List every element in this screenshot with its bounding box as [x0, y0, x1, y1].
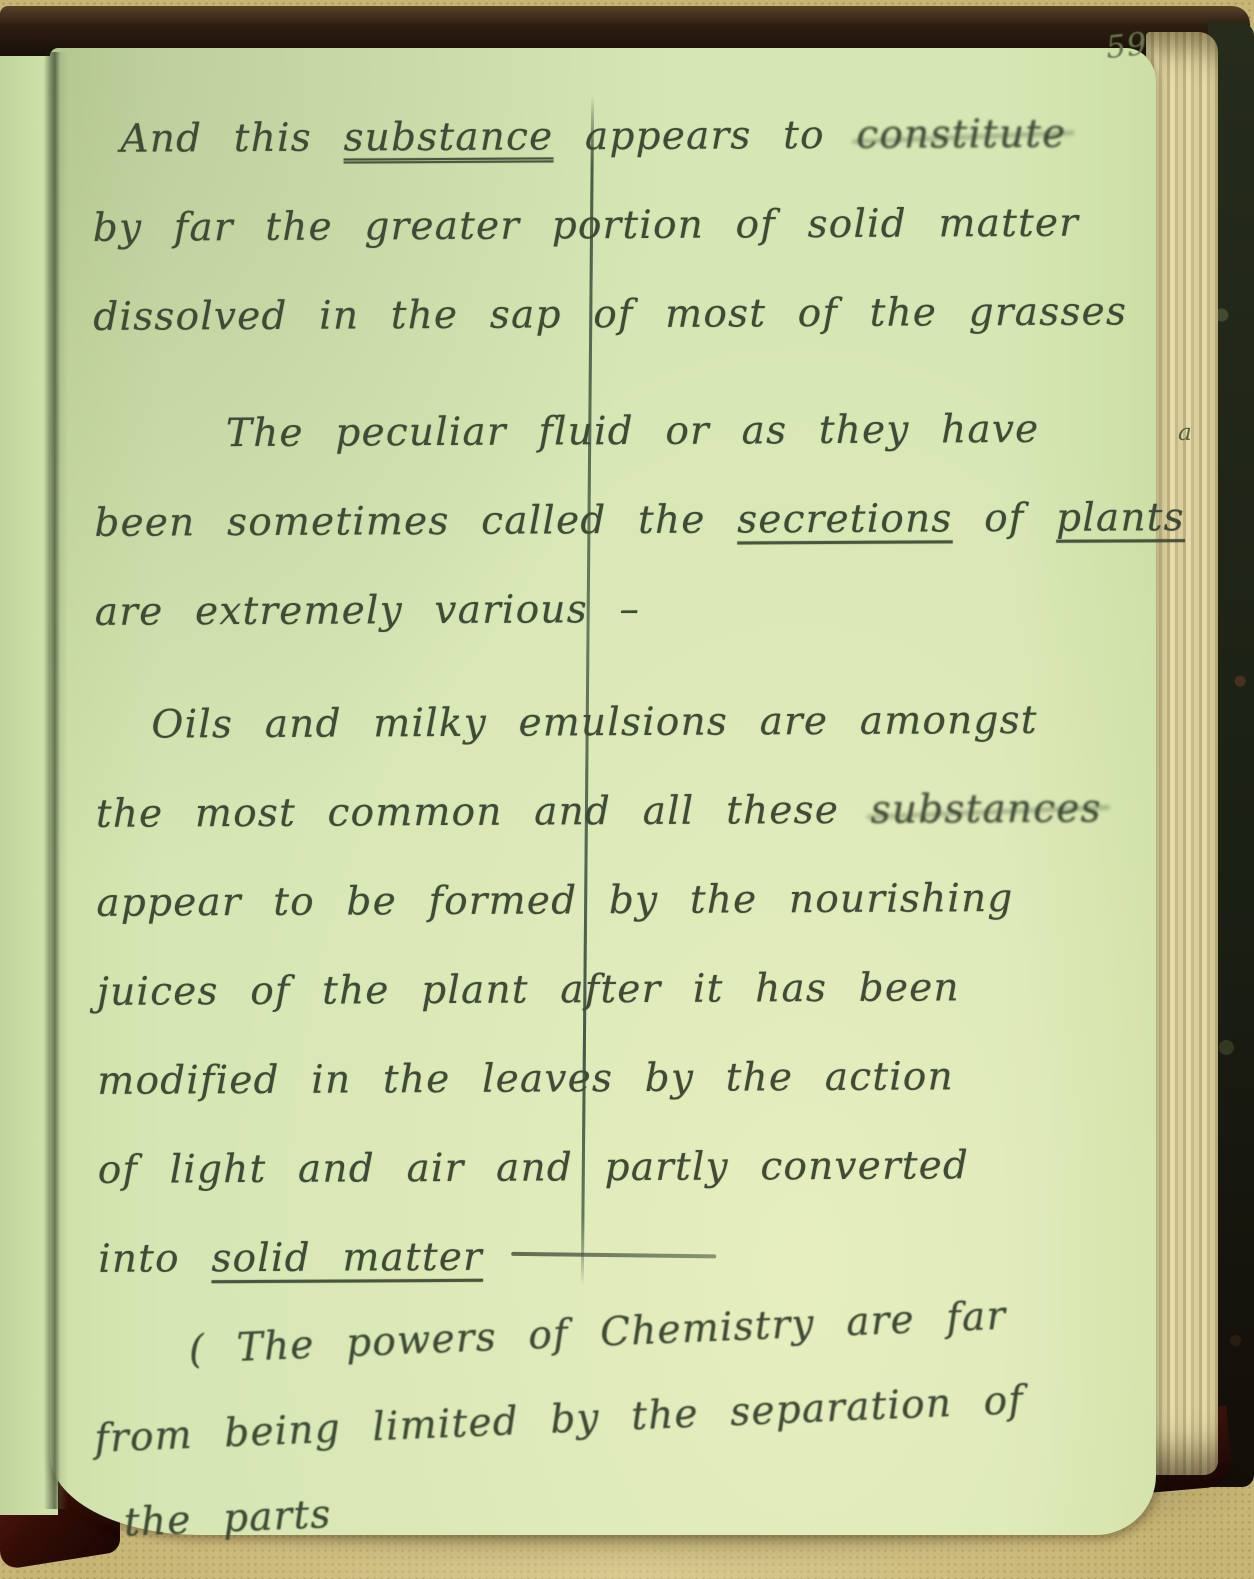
binding-gutter — [44, 52, 68, 1509]
manuscript-line: of light and air and partly converted — [98, 1120, 1178, 1215]
manuscript-line: And this substance appears to constitute — [92, 89, 1172, 184]
text-segment: of — [952, 496, 1056, 542]
text-segment: the parts — [123, 1492, 332, 1546]
paragraph: ( The powers of Chemistry are farfrom be… — [89, 1267, 1179, 1567]
text-segment: the most common and all these — [96, 788, 871, 837]
text-segment: Oils and milky emulsions are amongst — [151, 698, 1037, 748]
manuscript-line: dissolved in the sap of most of the gras… — [93, 267, 1173, 362]
text-segment: of light and air and partly converted — [98, 1143, 970, 1193]
text-segment: substance — [343, 114, 553, 160]
text-segment: The peculiar fluid or as they have — [226, 407, 1040, 456]
manuscript-line: Oils and milky emulsions are amongst — [95, 675, 1175, 770]
text-segment: secretions — [737, 496, 953, 542]
manuscript-line: the most common and all these substances — [96, 764, 1176, 859]
page-number: 59 — [1104, 26, 1149, 66]
text-segment: And this — [120, 116, 343, 162]
text-segment: dissolved in the sap of most of the gras… — [93, 289, 1127, 339]
text-segment: ( The powers of Chemistry are far — [188, 1294, 1007, 1373]
text-segment: appear to be formed by the nourishing — [96, 876, 1013, 926]
paragraph: Oils and milky emulsions are amongstthe … — [95, 675, 1178, 1304]
manuscript-line: appear to be formed by the nourishing — [96, 853, 1176, 948]
paragraph: And this substance appears to constitute… — [92, 89, 1173, 362]
text-segment: juices of the plant after it has been — [97, 965, 960, 1015]
text-segment: are extremely various – — [95, 587, 641, 635]
text-segment: solid matter — [211, 1235, 483, 1281]
margin-mark: a — [1178, 420, 1192, 446]
text-segment: into — [98, 1236, 211, 1282]
manuscript-line: modified in the leaves by the action — [97, 1031, 1177, 1126]
manuscript-line: juices of the plant after it has been — [97, 942, 1177, 1037]
text-segment: been sometimes called the — [94, 497, 737, 545]
text-segment: substances — [871, 787, 1102, 833]
text-segment: by far the greater portion of solid matt… — [93, 201, 1079, 251]
manuscript-line: been sometimes called the secretions of … — [94, 473, 1174, 568]
manuscript-line: by far the greater portion of solid matt… — [93, 178, 1173, 273]
pen-stroke-dash — [511, 1252, 716, 1259]
text-segment: modified in the leaves by the action — [97, 1054, 954, 1103]
manuscript-photo: 59 a And this substance appears to const… — [0, 0, 1254, 1579]
paragraph: The peculiar fluid or as they havebeen s… — [94, 384, 1175, 657]
manuscript-line: are extremely various – — [95, 562, 1175, 657]
manuscript-text: And this substance appears to constitute… — [92, 89, 1180, 1567]
manuscript-line: The peculiar fluid or as they have — [94, 384, 1174, 479]
text-segment: appears to — [553, 113, 856, 160]
text-segment: plants — [1056, 495, 1185, 541]
text-segment: constitute — [856, 112, 1066, 158]
